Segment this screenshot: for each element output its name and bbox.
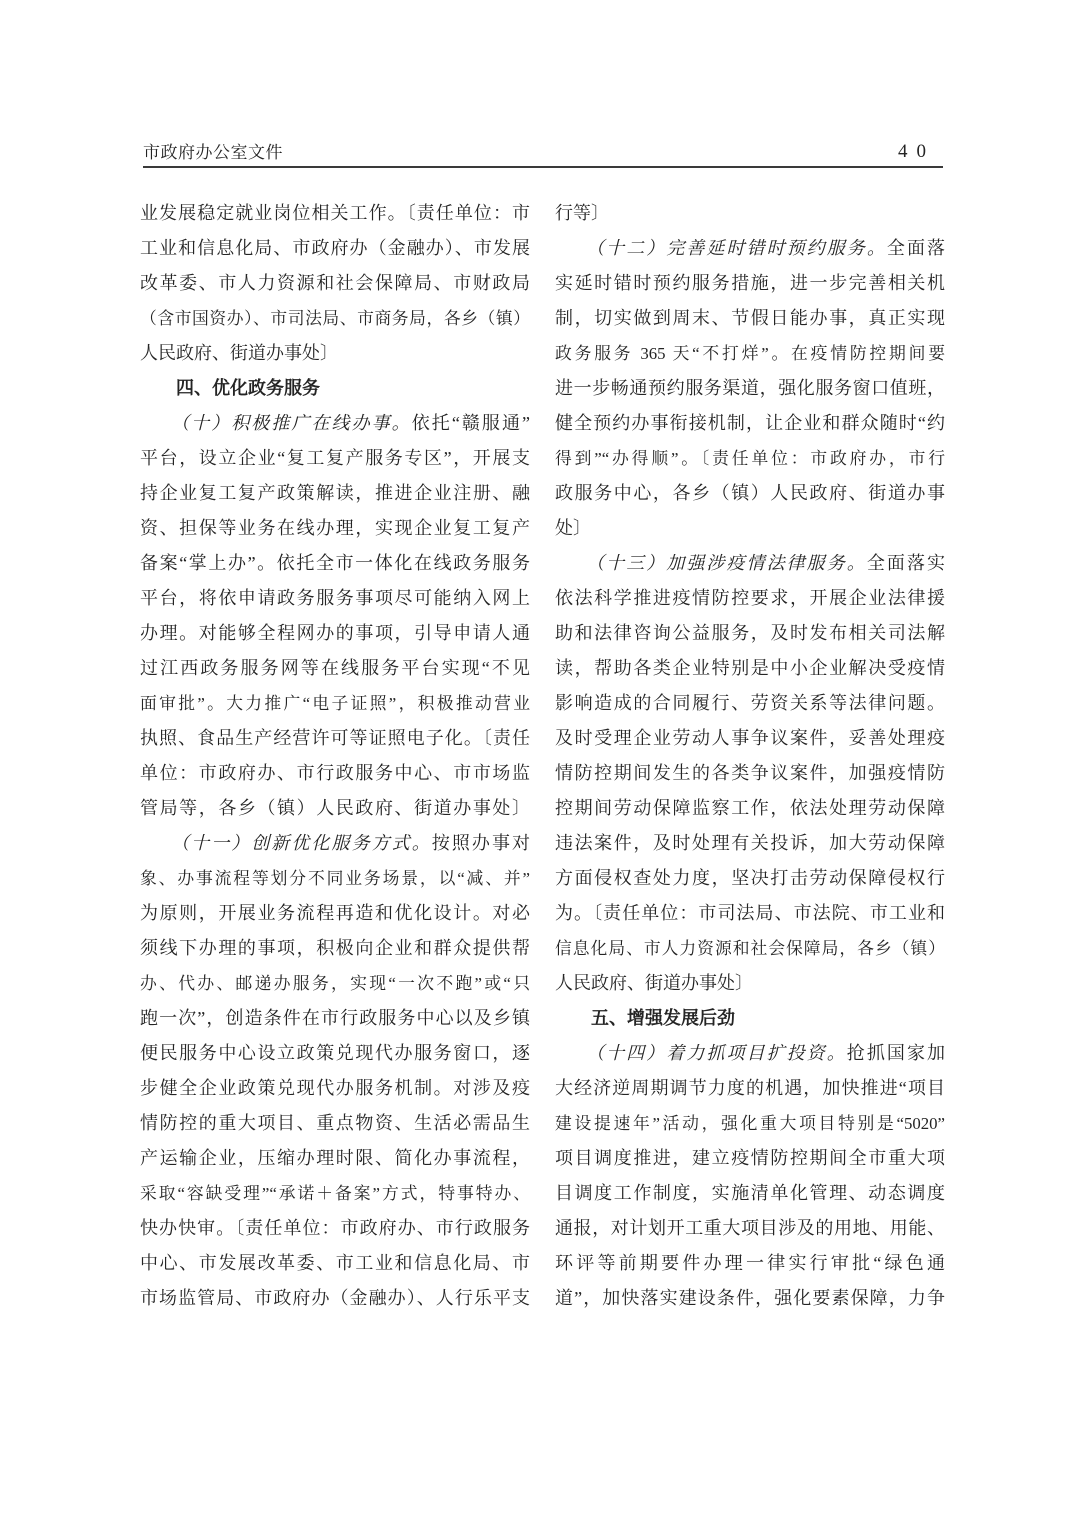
- text-line: （十三）加强涉疫情法律服务。全面落实: [555, 546, 945, 581]
- text-line: 环评等前期要件办理一律实行审批“绿色通: [555, 1246, 945, 1281]
- paragraph-lead-text: （十四）着力抓项目扩投资。: [595, 1043, 847, 1063]
- text-line: 工业和信息化局、市政府办（金融办）、市发展: [140, 231, 530, 266]
- section-heading-line: 四、优化政务服务: [140, 371, 530, 406]
- body-text: 依托“赣服通”: [412, 413, 530, 433]
- text-line: 方面侵权查处力度，坚决打击劳动保障侵权行: [555, 861, 945, 896]
- paragraph-lead-text: （十三）加强涉疫情法律服务。: [595, 553, 867, 573]
- text-line: （十一）创新优化服务方式。按照办事对: [140, 826, 530, 861]
- text-line: （十二）完善延时错时预约服务。全面落: [555, 231, 945, 266]
- text-line: 平台，设立企业“复工复产服务专区”，开展支: [140, 441, 530, 476]
- body-text: 人民政府、街道办事处〕: [140, 343, 338, 363]
- body-text: 道”，加快落实建设条件，强化要素保障，力争: [555, 1288, 945, 1308]
- paragraph-lead-text: （十一）创新优化服务方式。: [180, 833, 432, 853]
- text-line: 进一步畅通预约服务渠道，强化服务窗口值班，: [555, 371, 945, 406]
- text-line: 象、办事流程等划分不同业务场景，以“减、并”: [140, 861, 530, 896]
- text-line: 读，帮助各类企业特别是中小企业解决受疫情: [555, 651, 945, 686]
- text-line: 为。〔责任单位：市司法局、市法院、市工业和: [555, 896, 945, 931]
- text-line: 持企业复工复产政策解读，推进企业注册、融: [140, 476, 530, 511]
- text-line: 产运输企业，压缩办理时限、简化办事流程，: [140, 1141, 530, 1176]
- body-text: 大经济逆周期调节力度的机遇，加快推进“项目: [555, 1078, 945, 1098]
- body-text: 环评等前期要件办理一律实行审批“绿色通: [555, 1253, 945, 1273]
- body-text: 影响造成的合同履行、劳资关系等法律问题。: [555, 693, 945, 713]
- body-text: 业发展稳定就业岗位相关工作。〔责任单位：市: [140, 203, 530, 223]
- body-text: 情防控期间发生的各类争议案件，加强疫情防: [555, 763, 945, 783]
- text-line: （含市国资办）、市司法局、市商务局，各乡（镇）: [140, 301, 530, 336]
- body-text: [555, 1043, 595, 1063]
- body-text: 实延时错时预约服务措施，进一步完善相关机: [555, 273, 945, 293]
- body-text: 依法科学推进疫情防控要求，开展企业法律援: [555, 588, 945, 608]
- text-line: 人民政府、街道办事处〕: [555, 966, 945, 1001]
- body-text: 为原则，开展业务流程再造和优化设计。对必: [140, 903, 530, 923]
- text-line: （十四）着力抓项目扩投资。抢抓国家加: [555, 1036, 945, 1071]
- text-line: 信息化局、市人力资源和社会保障局，各乡（镇）: [555, 931, 945, 966]
- column-left: 业发展稳定就业岗位相关工作。〔责任单位：市工业和信息化局、市政府办（金融办）、市…: [140, 196, 530, 1316]
- body-text: 全面落实: [867, 553, 945, 573]
- text-line: （十）积极推广在线办事。依托“赣服通”: [140, 406, 530, 441]
- body-text: 象、办事流程等划分不同业务场景，以“减、并”: [140, 869, 530, 888]
- text-line: 大经济逆周期调节力度的机遇，加快推进“项目: [555, 1071, 945, 1106]
- body-text: 跑一次”，创造条件在市行政服务中心以及乡镇: [140, 1008, 530, 1028]
- text-line: 情防控期间发生的各类争议案件，加强疫情防: [555, 756, 945, 791]
- text-line: 办理。对能够全程网办的事项，引导申请人通: [140, 616, 530, 651]
- body-text: 执照、食品生产经营许可等证照电子化。〔责任: [140, 728, 530, 748]
- text-line: 执照、食品生产经营许可等证照电子化。〔责任: [140, 721, 530, 756]
- body-text: 方面侵权查处力度，坚决打击劳动保障侵权行: [555, 868, 945, 888]
- body-text: 中心、市发展改革委、市工业和信息化局、市: [140, 1253, 530, 1273]
- body-text: 政务服务 365 天“不打烊”。在疫情防控期间要: [555, 344, 945, 363]
- text-line: 便民服务中心设立政策兑现代办服务窗口，逐: [140, 1036, 530, 1071]
- text-line: 人民政府、街道办事处〕: [140, 336, 530, 371]
- body-text: 办、代办、邮递办服务，实现“一次不跑”或“只: [140, 974, 530, 993]
- body-text: [555, 238, 595, 258]
- body-text: 政服务中心，各乡（镇）人民政府、街道办事: [555, 483, 945, 503]
- text-line: 影响造成的合同履行、劳资关系等法律问题。: [555, 686, 945, 721]
- text-line: 通报，对计划开工重大项目涉及的用地、用能、: [555, 1211, 945, 1246]
- body-text: 产运输企业，压缩办理时限、简化办事流程，: [140, 1148, 530, 1168]
- text-line: 健全预约办事衔接机制，让企业和群众随时“约: [555, 406, 945, 441]
- text-line: 违法案件，及时处理有关投诉，加大劳动保障: [555, 826, 945, 861]
- text-line: 采取“容缺受理”“承诺＋备案”方式，特事特办、: [140, 1176, 530, 1211]
- text-line: 道”，加快落实建设条件，强化要素保障，力争: [555, 1281, 945, 1316]
- body-text: 办理。对能够全程网办的事项，引导申请人通: [140, 623, 530, 643]
- text-line: 实延时错时预约服务措施，进一步完善相关机: [555, 266, 945, 301]
- text-line: 市场监管局、市政府办（金融办）、人行乐平支: [140, 1281, 530, 1316]
- text-line: 为原则，开展业务流程再造和优化设计。对必: [140, 896, 530, 931]
- paragraph-lead-text: （十）积极推广在线办事。: [180, 413, 412, 433]
- body-text: 为。〔责任单位：市司法局、市法院、市工业和: [555, 903, 945, 923]
- body-text: 便民服务中心设立政策兑现代办服务窗口，逐: [140, 1043, 530, 1063]
- body-text: 得到”“办得顺”。〔责任单位：市政府办，市行: [555, 449, 945, 468]
- body-text: 通报，对计划开工重大项目涉及的用地、用能、: [555, 1218, 945, 1238]
- body-text: 平台，将依申请政务服务事项尽可能纳入网上: [140, 588, 530, 608]
- body-text: 情防控的重大项目、重点物资、生活必需品生: [140, 1113, 530, 1133]
- body-text: 助和法律咨询公益服务，及时发布相关司法解: [555, 623, 945, 643]
- body-text: 健全预约办事衔接机制，让企业和群众随时“约: [555, 413, 945, 433]
- text-line: 管局等，各乡（镇）人民政府、街道办事处〕: [140, 791, 530, 826]
- text-line: 政服务中心，各乡（镇）人民政府、街道办事: [555, 476, 945, 511]
- page-header: 市政府办公室文件 40: [143, 138, 943, 168]
- document-title: 市政府办公室文件: [143, 138, 283, 163]
- body-text: 处〕: [555, 518, 591, 538]
- page-number: 40: [898, 141, 935, 163]
- text-line: 政务服务 365 天“不打烊”。在疫情防控期间要: [555, 336, 945, 371]
- text-line: 建设提速年”活动，强化重大项目特别是“5020”: [555, 1106, 945, 1141]
- text-line: 单位：市政府办、市行政服务中心、市市场监: [140, 756, 530, 791]
- document-page: 市政府办公室文件 40 业发展稳定就业岗位相关工作。〔责任单位：市工业和信息化局…: [0, 0, 1074, 1520]
- text-line: 平台，将依申请政务服务事项尽可能纳入网上: [140, 581, 530, 616]
- text-line: 办、代办、邮递办服务，实现“一次不跑”或“只: [140, 966, 530, 1001]
- text-line: 步健全企业政策兑现代办服务机制。对涉及疫: [140, 1071, 530, 1106]
- body-text: 违法案件，及时处理有关投诉，加大劳动保障: [555, 833, 945, 853]
- body-text: 快办快审。〔责任单位：市政府办、市行政服务: [140, 1218, 530, 1238]
- text-line: 目调度工作制度，实施清单化管理、动态调度: [555, 1176, 945, 1211]
- body-text: 备案“掌上办”。依托全市一体化在线政务服务: [140, 553, 530, 573]
- body-text: 采取“容缺受理”“承诺＋备案”方式，特事特办、: [140, 1184, 530, 1203]
- body-text: 资、担保等业务在线办理，实现企业复工复产: [140, 518, 530, 538]
- text-line: 须线下办理的事项，积极向企业和群众提供帮: [140, 931, 530, 966]
- body-text: 改革委、市人力资源和社会保障局、市财政局: [140, 273, 530, 293]
- text-line: 快办快审。〔责任单位：市政府办、市行政服务: [140, 1211, 530, 1246]
- body-text: 人民政府、街道办事处〕: [555, 973, 753, 993]
- body-text: 按照办事对: [432, 833, 530, 853]
- text-line: 跑一次”，创造条件在市行政服务中心以及乡镇: [140, 1001, 530, 1036]
- body-text: 进一步畅通预约服务渠道，强化服务窗口值班，: [555, 378, 945, 398]
- text-line: 业发展稳定就业岗位相关工作。〔责任单位：市: [140, 196, 530, 231]
- body-text: 工业和信息化局、市政府办（金融办）、市发展: [140, 238, 530, 258]
- body-text: [555, 553, 595, 573]
- body-text: 持企业复工复产政策解读，推进企业注册、融: [140, 483, 530, 503]
- body-text: 过江西政务服务网等在线服务平台实现“不见: [140, 658, 530, 678]
- text-line: 资、担保等业务在线办理，实现企业复工复产: [140, 511, 530, 546]
- text-line: 助和法律咨询公益服务，及时发布相关司法解: [555, 616, 945, 651]
- body-text: 须线下办理的事项，积极向企业和群众提供帮: [140, 938, 530, 958]
- body-text: 目调度工作制度，实施清单化管理、动态调度: [555, 1183, 945, 1203]
- body-text: 全面落: [887, 238, 945, 258]
- body-text: 平台，设立企业“复工复产服务专区”，开展支: [140, 448, 530, 468]
- body-text: 行等〕: [555, 203, 609, 223]
- text-line: 备案“掌上办”。依托全市一体化在线政务服务: [140, 546, 530, 581]
- body-text: 控期间劳动保障监察工作，依法处理劳动保障: [555, 798, 945, 818]
- section-heading-line: 五、增强发展后劲: [555, 1001, 945, 1036]
- body-text: 及时受理企业劳动人事争议案件，妥善处理疫: [555, 728, 945, 748]
- text-line: 处〕: [555, 511, 945, 546]
- body-text: [140, 413, 180, 433]
- section-heading-text: 五、增强发展后劲: [591, 1008, 735, 1028]
- column-right: 行等〕 （十二）完善延时错时预约服务。全面落实延时错时预约服务措施，进一步完善相…: [555, 196, 945, 1316]
- text-line: 得到”“办得顺”。〔责任单位：市政府办，市行: [555, 441, 945, 476]
- body-text: [555, 1008, 591, 1028]
- body-text: 建设提速年”活动，强化重大项目特别是“5020”: [555, 1114, 945, 1133]
- body-text: 单位：市政府办、市行政服务中心、市市场监: [140, 763, 530, 783]
- text-line: 情防控的重大项目、重点物资、生活必需品生: [140, 1106, 530, 1141]
- body-text: 市场监管局、市政府办（金融办）、人行乐平支: [140, 1288, 530, 1308]
- text-line: 及时受理企业劳动人事争议案件，妥善处理疫: [555, 721, 945, 756]
- body-text: [140, 833, 180, 853]
- body-text: （含市国资办）、市司法局、市商务局，各乡（镇）: [140, 309, 530, 328]
- text-line: 行等〕: [555, 196, 945, 231]
- body-text: 信息化局、市人力资源和社会保障局，各乡（镇）: [555, 939, 945, 958]
- body-text: [140, 378, 176, 398]
- section-heading-text: 四、优化政务服务: [176, 378, 320, 398]
- text-line: 中心、市发展改革委、市工业和信息化局、市: [140, 1246, 530, 1281]
- text-line: 改革委、市人力资源和社会保障局、市财政局: [140, 266, 530, 301]
- text-line: 依法科学推进疫情防控要求，开展企业法律援: [555, 581, 945, 616]
- text-line: 控期间劳动保障监察工作，依法处理劳动保障: [555, 791, 945, 826]
- text-line: 面审批”。大力推广“电子证照”，积极推动营业: [140, 686, 530, 721]
- body-text: 抢抓国家加: [847, 1043, 945, 1063]
- body-text: 面审批”。大力推广“电子证照”，积极推动营业: [140, 694, 530, 713]
- text-line: 过江西政务服务网等在线服务平台实现“不见: [140, 651, 530, 686]
- text-line: 制，切实做到周末、节假日能办事，真正实现: [555, 301, 945, 336]
- text-line: 项目调度推进，建立疫情防控期间全市重大项: [555, 1141, 945, 1176]
- body-text: 读，帮助各类企业特别是中小企业解决受疫情: [555, 658, 945, 678]
- body-text: 项目调度推进，建立疫情防控期间全市重大项: [555, 1148, 945, 1168]
- body-text: 制，切实做到周末、节假日能办事，真正实现: [555, 308, 945, 328]
- body-text: 管局等，各乡（镇）人民政府、街道办事处〕: [140, 798, 530, 818]
- body-text: 步健全企业政策兑现代办服务机制。对涉及疫: [140, 1078, 530, 1098]
- paragraph-lead-text: （十二）完善延时错时预约服务。: [595, 238, 887, 258]
